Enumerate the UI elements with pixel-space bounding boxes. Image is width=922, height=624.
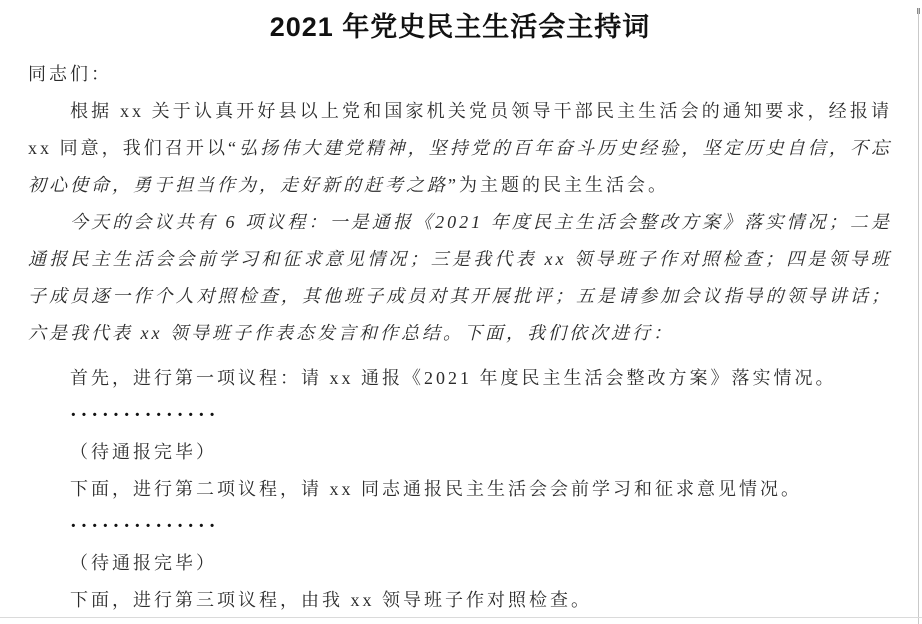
paragraph-notice: 根据 xx 关于认真开好县以上党和国家机关党员领导干部民主生活会的通知要求，经报…: [28, 93, 892, 204]
ellipsis-dots-1: ··············: [70, 404, 219, 426]
paragraph-agenda: 今天的会议共有 6 项议程：一是通报《2021 年度民主生活会整改方案》落实情况…: [28, 204, 892, 352]
paragraph-item2: 下面，进行第二项议程，请 xx 同志通报民主生活会会前学习和征求意见情况。: [28, 471, 892, 508]
ellipsis-line-1: ··············: [28, 397, 892, 434]
paragraph-item1: 首先，进行第一项议程：请 xx 通报《2021 年度民主生活会整改方案》落实情况…: [28, 360, 892, 397]
document-content: 2021 年党史民主生活会主持词 同志们： 根据 xx 关于认真开好县以上党和国…: [28, 10, 892, 619]
paragraph-item3: 下面，进行第三项议程，由我 xx 领导班子作对照检查。: [28, 582, 892, 619]
page-bottom-edge-line: [0, 617, 922, 618]
wait-note-1: （待通报完毕）: [28, 434, 892, 471]
wait-note-2: （待通报完毕）: [28, 545, 892, 582]
ellipsis-dots-2: ··············: [70, 515, 219, 537]
document-title: 2021 年党史民主生活会主持词: [28, 10, 892, 44]
page-right-edge-line: [918, 8, 919, 624]
document-page: 2021 年党史民主生活会主持词 同志们： 根据 xx 关于认真开好县以上党和国…: [0, 0, 922, 624]
ellipsis-line-2: ··············: [28, 508, 892, 545]
notice-text-post: ”为主题的民主生活会。: [448, 175, 669, 195]
salutation: 同志们：: [28, 56, 892, 93]
